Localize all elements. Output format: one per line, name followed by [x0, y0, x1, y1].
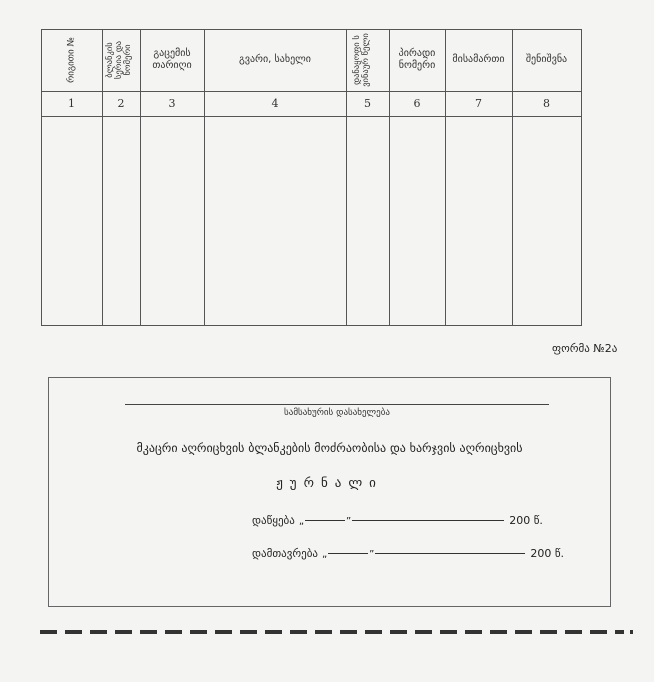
col-border — [102, 29, 103, 326]
col-border — [389, 29, 390, 326]
close-quote: ” — [369, 549, 374, 560]
column-number: 8 — [512, 91, 581, 116]
table-bottom-border — [41, 325, 582, 326]
start-day-field[interactable] — [305, 519, 345, 521]
col-border — [581, 29, 582, 326]
open-quote: „ — [322, 549, 327, 560]
start-year: 200 წ. — [509, 514, 543, 527]
open-quote: „ — [299, 516, 304, 527]
header-notes: შენიშვნა — [512, 29, 581, 91]
header-unit-year-text: დანაყოფი ს ვინაურ წელი — [352, 33, 371, 87]
journal-word: ჟურნალი — [48, 476, 611, 491]
header-blank-series-text: ბლანკის სერია და ნომერი — [105, 41, 133, 79]
end-date-row: დამთავრება „ ” 200 წ. — [252, 547, 564, 560]
cut-line-end — [630, 630, 633, 634]
column-number: 4 — [204, 91, 346, 116]
header-issue-date: გაცემის თარიღი — [148, 29, 196, 91]
column-number: 2 — [102, 91, 140, 116]
start-label: დაწყება — [252, 514, 295, 527]
end-year: 200 წ. — [530, 547, 564, 560]
column-number: 6 — [389, 91, 445, 116]
column-number: 7 — [445, 91, 512, 116]
org-name-line — [125, 404, 549, 405]
end-day-field[interactable] — [328, 552, 368, 554]
header-unit-year: დანაყოფი ს ვინაურ წელი — [353, 30, 383, 90]
start-month-field[interactable] — [352, 519, 504, 521]
close-quote: ” — [346, 516, 351, 527]
end-label: დამთავრება — [252, 547, 318, 560]
col-border — [41, 29, 42, 326]
column-number: 5 — [346, 91, 389, 116]
start-date-row: დაწყება „ ” 200 წ. — [252, 514, 543, 527]
header-serial-number: რიგითი № — [67, 30, 77, 91]
header-address: მისამართი — [445, 29, 512, 91]
header-blank-series: ბლანკის სერია და ნომერი — [106, 30, 136, 90]
column-number: 3 — [140, 91, 204, 116]
journal-title: მკაცრი აღრიცხვის ბლანკების მოძრაობისა და… — [48, 441, 611, 455]
col-border — [140, 29, 141, 326]
column-number: 1 — [41, 91, 102, 116]
form-number-label: ფორმა №2ა — [552, 342, 617, 355]
org-name-caption: სამსახურის დასახელება — [125, 408, 549, 418]
cut-line — [40, 630, 624, 634]
header-personal-number: პირადი ნომერი — [393, 29, 441, 91]
header-full-name: გვარი, სახელი — [204, 29, 346, 91]
col-border — [346, 29, 347, 326]
numbers-divider — [41, 116, 582, 117]
end-month-field[interactable] — [375, 552, 525, 554]
